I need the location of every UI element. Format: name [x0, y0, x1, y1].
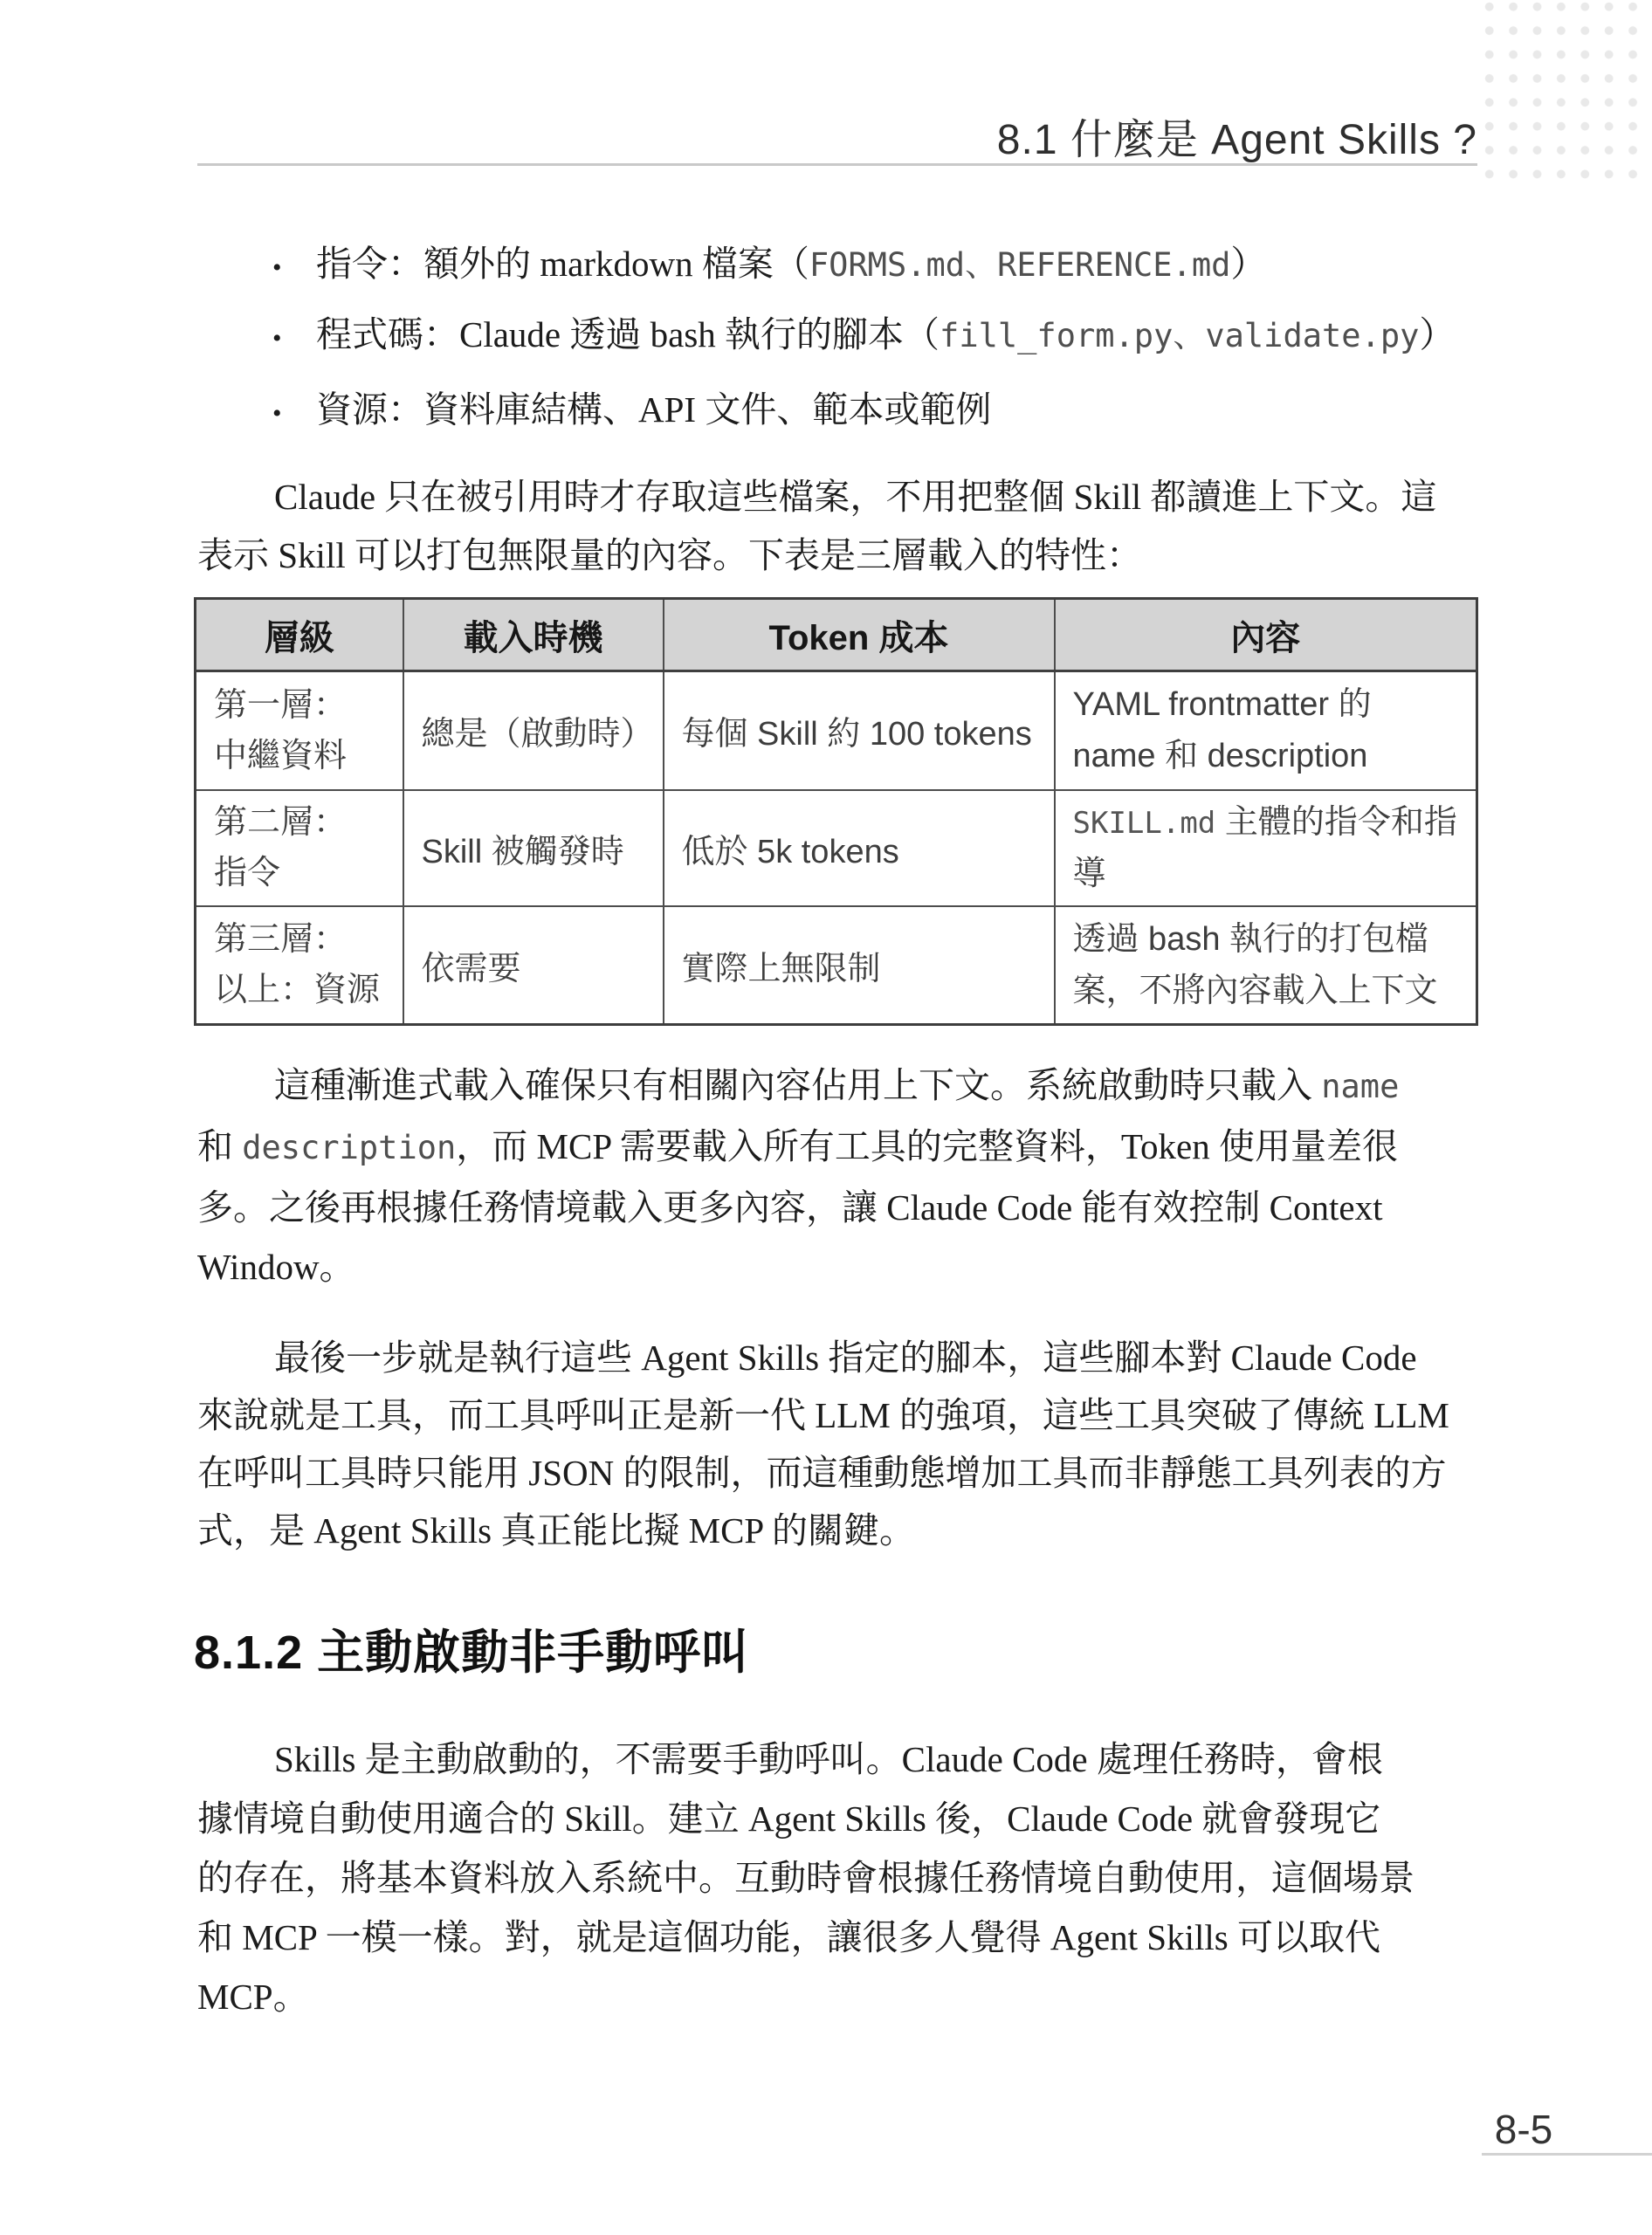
inline-code: SKILL.md [1073, 806, 1216, 841]
table-cell: 第二層： 指令 [196, 790, 403, 906]
list-item: •指令：額外的 markdown 檔案（FORMS.md、REFERENCE.m… [272, 239, 1495, 288]
paragraph-line: 和 MCP 一模一樣。對，就是這個功能，讓很多人覺得 Agent Skills … [197, 1908, 1477, 1967]
list-item-text: 資源：資料庫結構、API 文件、範本或範例 [316, 389, 991, 430]
table-cell: 總是（啟動時） [403, 671, 664, 790]
book-page: 8.1 什麼是 Agent Skills ? •指令：額外的 markdown … [0, 0, 1652, 2235]
table-header-row: 層級 載入時機 Token 成本 內容 [196, 599, 1477, 671]
list-item: •資源：資料庫結構、API 文件、範本或範例 [272, 385, 1495, 434]
table-cell: 低於 5k tokens [664, 790, 1055, 906]
running-header: 8.1 什麼是 Agent Skills ? [611, 106, 1477, 166]
paragraph-line: Claude 只在被引用時才存取這些檔案，不用把整個 Skill 都讀進上下文。… [197, 468, 1477, 526]
table-row: 第三層： 以上：資源 依需要 實際上無限制 透過 bash 執行的打包檔 案，不… [196, 906, 1477, 1025]
paragraph-line: 據情境自動使用適合的 Skill。建立 Agent Skills 後，Claud… [197, 1789, 1477, 1848]
paragraph-line: 多。之後再根據任務情境載入更多內容，讓 Claude Code 能有效控制 Co… [197, 1178, 1477, 1237]
inline-code: description [242, 1129, 456, 1166]
table-cell: 透過 bash 執行的打包檔 案，不將內容載入上下文 [1055, 906, 1477, 1025]
paragraph-line: 表示 Skill 可以打包無限量的內容。下表是三層載入的特性： [197, 526, 1477, 585]
table-cell: Skill 被觸發時 [403, 790, 664, 906]
paragraph-line: 和 description，而 MCP 需要載入所有工具的完整資料，Token … [197, 1117, 1477, 1178]
page-number-divider [1482, 2153, 1652, 2156]
table-cell: SKILL.md 主體的指令和指 導 [1055, 790, 1477, 906]
paragraph-line: 的存在，將基本資料放入系統中。互動時會根據任務情境自動使用，這個場景 [197, 1848, 1477, 1908]
bullet-icon: • [272, 244, 316, 288]
inline-code: fill_form.py、validate.py [940, 317, 1419, 354]
list-item-text: 指令：額外的 markdown 檔案（FORMS.md、REFERENCE.md… [316, 244, 1266, 284]
paragraph: Claude 只在被引用時才存取這些檔案，不用把整個 Skill 都讀進上下文。… [197, 468, 1477, 585]
bullet-icon: • [272, 314, 316, 359]
paragraph: Skills 是主動啟動的，不需要手動呼叫。Claude Code 處理任務時，… [197, 1730, 1477, 2026]
table-cell: 第三層： 以上：資源 [196, 906, 403, 1025]
loading-layers-table: 層級 載入時機 Token 成本 內容 第一層： 中繼資料 總是（啟動時） 每個… [194, 597, 1476, 1026]
table-cell: 依需要 [403, 906, 664, 1025]
table-cell: 第一層： 中繼資料 [196, 671, 403, 790]
bullet-icon: • [272, 389, 316, 434]
paragraph-line: Skills 是主動啟動的，不需要手動呼叫。Claude Code 處理任務時，… [197, 1730, 1477, 1789]
inline-code: name [1321, 1068, 1399, 1105]
table-cell: 每個 Skill 約 100 tokens [664, 671, 1055, 790]
header-divider [197, 163, 1477, 166]
table-cell: 實際上無限制 [664, 906, 1055, 1025]
column-header: Token 成本 [664, 599, 1055, 671]
paragraph-line: 來說就是工具，而工具呼叫正是新一代 LLM 的強項，這些工具突破了傳統 LLM [197, 1386, 1477, 1444]
list-item: •程式碼：Claude 透過 bash 執行的腳本（fill_form.py、v… [272, 310, 1495, 359]
table-cell: YAML frontmatter 的 name 和 description [1055, 671, 1477, 790]
paragraph-line: MCP。 [197, 1967, 1477, 2026]
list-item-text: 程式碼：Claude 透過 bash 執行的腳本（fill_form.py、va… [316, 314, 1455, 354]
paragraph-line: 這種漸進式載入確保只有相關內容佔用上下文。系統啟動時只載入 name [197, 1056, 1477, 1117]
paragraph-line: 在呼叫工具時只能用 JSON 的限制，而這種動態增加工具而非靜態工具列表的方 [197, 1444, 1477, 1502]
dot-grid-decoration [1477, 0, 1652, 182]
table-row: 第二層： 指令 Skill 被觸發時 低於 5k tokens SKILL.md… [196, 790, 1477, 906]
section-heading: 8.1.2 主動啟動非手動呼叫 [194, 1624, 1416, 1681]
paragraph: 最後一步就是執行這些 Agent Skills 指定的腳本，這些腳本對 Clau… [197, 1329, 1477, 1559]
paragraph: 這種漸進式載入確保只有相關內容佔用上下文。系統啟動時只載入 name 和 des… [197, 1056, 1477, 1296]
paragraph-line: 最後一步就是執行這些 Agent Skills 指定的腳本，這些腳本對 Clau… [197, 1329, 1477, 1386]
page-number: 8-5 [1476, 2106, 1572, 2153]
paragraph-line: Window。 [197, 1237, 1477, 1296]
table-row: 第一層： 中繼資料 總是（啟動時） 每個 Skill 約 100 tokens … [196, 671, 1477, 790]
paragraph-line: 式，是 Agent Skills 真正能比擬 MCP 的關鍵。 [197, 1502, 1477, 1559]
inline-code: FORMS.md、REFERENCE.md [809, 246, 1231, 284]
column-header: 層級 [196, 599, 403, 671]
column-header: 內容 [1055, 599, 1477, 671]
column-header: 載入時機 [403, 599, 664, 671]
